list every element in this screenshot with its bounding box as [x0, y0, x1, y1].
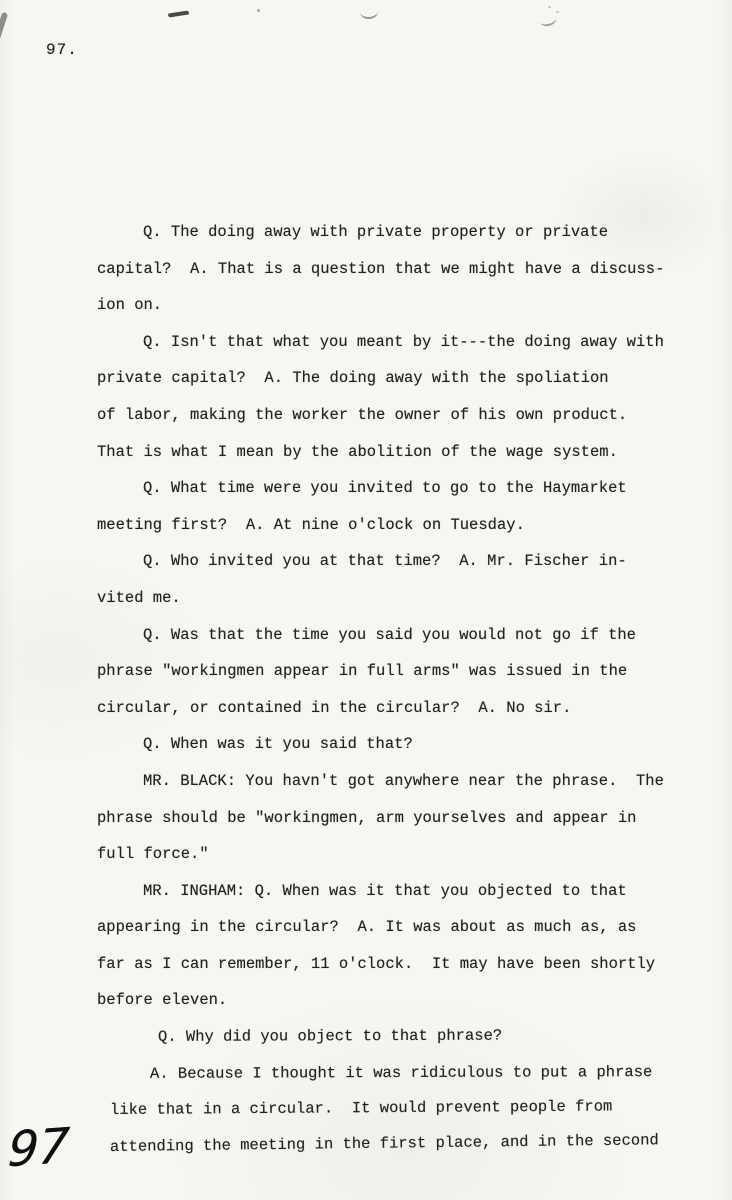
transcript-line: appearing in the circular? A. It was abo… [97, 909, 697, 946]
transcript-body: Q. The doing away with private property … [97, 214, 697, 1165]
ink-arc-mark [359, 3, 378, 19]
transcript-line: Q. The doing away with private property … [97, 214, 697, 251]
ink-speck [556, 11, 559, 13]
ink-dash-mark [168, 10, 189, 17]
transcript-line: MR. INGHAM: Q. When was it that you obje… [97, 873, 697, 910]
ink-dot-mark [257, 9, 260, 12]
transcript-line: Q. What time were you invited to go to t… [97, 470, 697, 507]
transcript-line: Q. Was that the time you said you would … [97, 617, 697, 654]
transcript-line: capital? A. That is a question that we m… [97, 251, 697, 288]
transcript-line: Q. Who invited you at that time? A. Mr. … [97, 543, 697, 580]
page-number: 97. [46, 40, 78, 60]
document-page: 97. Q. The doing away with private prope… [0, 0, 732, 1200]
transcript-line: That is what I mean by the abolition of … [97, 434, 697, 471]
transcript-line: circular, or contained in the circular? … [97, 690, 697, 727]
transcript-line: ion on. [97, 287, 697, 324]
transcript-line: far as I can remember, 11 o'clock. It ma… [97, 946, 697, 983]
scan-edge-artifact [0, 12, 8, 40]
transcript-line: full force." [97, 836, 697, 873]
transcript-line: phrase "workingmen appear in full arms" … [97, 653, 697, 690]
transcript-line: A. Because I thought it was ridiculous t… [104, 1054, 697, 1093]
transcript-line: phrase should be "workingmen, arm yourse… [97, 800, 697, 837]
handwritten-page-number: 97 [6, 1116, 71, 1181]
transcript-line: Q. When was it you said that? [97, 726, 697, 763]
transcript-line: before eleven. [97, 982, 697, 1019]
ink-squiggle-mark [539, 13, 557, 28]
transcript-line: vited me. [97, 580, 697, 617]
transcript-line: attending the meeting in the first place… [110, 1122, 697, 1166]
transcript-line: Q. Why did you object to that phrase? [112, 1017, 697, 1056]
ink-speck [548, 6, 551, 8]
transcript-line: of labor, making the worker the owner of… [97, 397, 697, 434]
transcript-line: meeting first? A. At nine o'clock on Tue… [97, 507, 697, 544]
transcript-line: Q. Isn't that what you meant by it---the… [97, 324, 697, 361]
transcript-line: MR. BLACK: You havn't got anywhere near … [97, 763, 697, 800]
transcript-line: private capital? A. The doing away with … [97, 360, 697, 397]
